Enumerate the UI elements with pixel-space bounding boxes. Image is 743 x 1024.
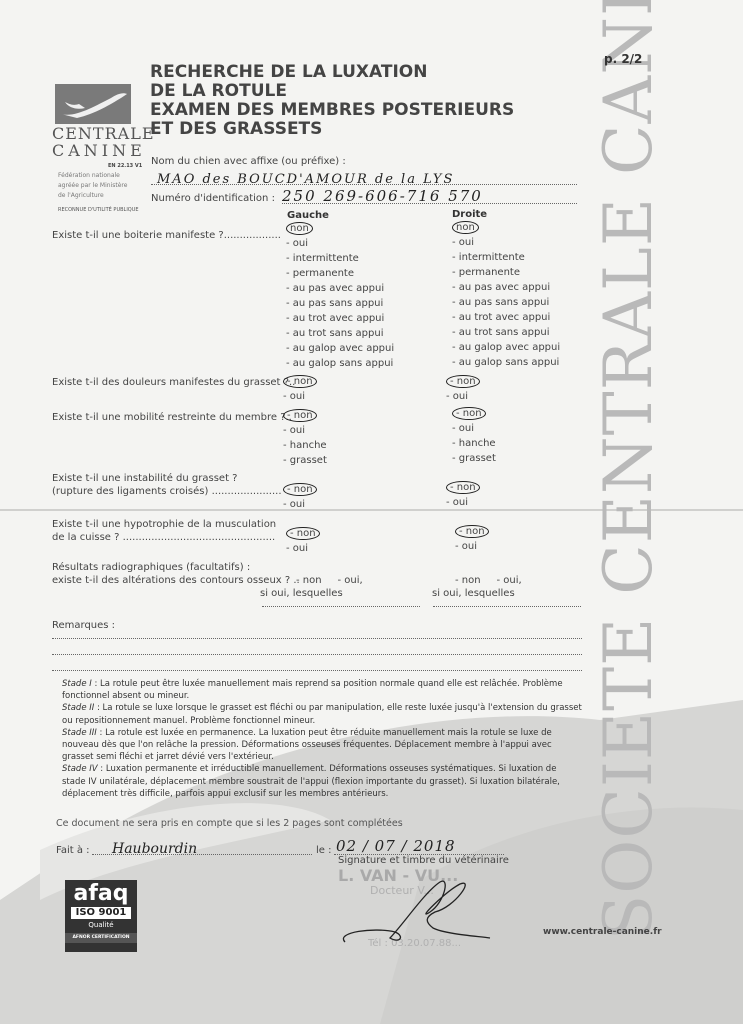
- option-galop-sans-appui[interactable]: - au galop sans appui: [452, 355, 560, 370]
- logo-code: EN 22.13 V1: [108, 163, 142, 169]
- option-trot-sans-appui[interactable]: - au trot sans appui: [452, 325, 560, 340]
- radio-right-options[interactable]: - non - oui,: [455, 574, 522, 587]
- id-value: 250 269-606-716 570: [282, 187, 483, 205]
- question-line: Existe t-il une hypotrophie de la muscul…: [52, 518, 276, 531]
- question-douleurs: Existe t-il des douleurs manifestes du g…: [52, 376, 295, 389]
- radio-left-field[interactable]: [262, 600, 420, 607]
- stade-4: Stade IV : Luxation permanente et irrédu…: [62, 763, 582, 800]
- dog-name-label: Nom du chien avec affixe (ou préfixe) :: [151, 156, 346, 167]
- stade-text: : Luxation permanente et irréductible ma…: [62, 764, 560, 798]
- afaq-iso-badge: afaq ISO 9001 Qualité AFNOR CERTIFICATIO…: [65, 880, 137, 952]
- stade-1: Stade I : La rotule peut être luxée manu…: [62, 678, 582, 702]
- option-non-selected[interactable]: - non: [283, 483, 317, 496]
- option-pas-avec-appui[interactable]: - au pas avec appui: [286, 281, 394, 296]
- option-oui[interactable]: - oui: [286, 541, 320, 556]
- logo-line1: CENTRALE: [52, 125, 144, 142]
- stade-title: Stade II: [62, 703, 94, 713]
- radio-left-options[interactable]: - non - oui,: [296, 574, 363, 587]
- option-trot-avec-appui[interactable]: - au trot avec appui: [286, 311, 394, 326]
- id-field[interactable]: 250 269-606-716 570: [282, 186, 577, 204]
- boiterie-right-options: non - oui - intermittente - permanente -…: [452, 220, 560, 370]
- option-non-selected[interactable]: - non: [286, 527, 320, 540]
- question-instabilite: Existe t-il une instabilité du grasset ?…: [52, 472, 282, 498]
- completion-notice: Ce document ne sera pris en compte que s…: [56, 818, 403, 829]
- stade-text: : La rotule se luxe lorsque le grasset e…: [62, 703, 582, 725]
- page-title: RECHERCHE DE LA LUXATION DE LA ROTULE EX…: [150, 63, 514, 139]
- page-number: p. 2/2: [604, 52, 642, 66]
- signature-icon: [335, 872, 495, 952]
- question-mobilite: Existe t-il une mobilité restreinte du m…: [52, 411, 292, 424]
- website-link[interactable]: www.centrale-canine.fr: [543, 927, 662, 937]
- stades-legend: Stade I : La rotule peut être luxée manu…: [62, 678, 582, 800]
- option-non-selected[interactable]: - non: [446, 375, 480, 388]
- option-intermittente[interactable]: - intermittente: [286, 251, 394, 266]
- afaq-brand: afaq: [65, 882, 137, 906]
- option-oui[interactable]: - oui: [283, 389, 317, 404]
- title-line: ET DES GRASSETS: [150, 120, 514, 139]
- option-pas-sans-appui[interactable]: - au pas sans appui: [452, 295, 560, 310]
- dog-logo-icon: [55, 84, 131, 124]
- question-line: (rupture des ligaments croisés) ........…: [52, 485, 282, 498]
- column-right-header: Droite: [452, 209, 487, 220]
- option-non-selected[interactable]: - non: [283, 409, 317, 422]
- title-line: EXAMEN DES MEMBRES POSTERIEURS: [150, 101, 514, 120]
- option-oui[interactable]: - oui: [446, 495, 480, 510]
- radio-right-which: si oui, lesquelles: [432, 587, 515, 600]
- option-non-selected[interactable]: - non: [446, 481, 480, 494]
- option-hanche[interactable]: - hanche: [452, 436, 496, 451]
- question-line: Existe t-il une instabilité du grasset ?: [52, 472, 282, 485]
- afaq-cert: AFNOR CERTIFICATION: [65, 933, 137, 943]
- instabilite-right-options: - non - oui: [446, 480, 480, 510]
- mobilite-right-options: - non - oui - hanche - grasset: [452, 406, 496, 466]
- remarks-line-2[interactable]: [52, 648, 582, 655]
- id-label: Numéro d'identification :: [151, 193, 275, 204]
- option-trot-sans-appui[interactable]: - au trot sans appui: [286, 326, 394, 341]
- hypotrophie-left-options: - non - oui: [286, 526, 320, 556]
- place-field[interactable]: Haubourdin: [92, 838, 312, 855]
- option-oui[interactable]: - oui: [283, 497, 317, 512]
- option-pas-avec-appui[interactable]: - au pas avec appui: [452, 280, 560, 295]
- option-galop-avec-appui[interactable]: - au galop avec appui: [286, 341, 394, 356]
- instabilite-left-options: - non - oui: [283, 482, 317, 512]
- question-hypotrophie: Existe t-il une hypotrophie de la muscul…: [52, 518, 276, 544]
- hypotrophie-right-options: - non - oui: [455, 524, 489, 554]
- logo-line2: CANINE: [52, 142, 144, 159]
- option-galop-avec-appui[interactable]: - au galop avec appui: [452, 340, 560, 355]
- radio-question: existe t-il des altérations des contours…: [52, 574, 300, 587]
- option-permanente[interactable]: - permanente: [286, 266, 394, 281]
- option-hanche[interactable]: - hanche: [283, 438, 327, 453]
- afaq-standard: ISO 9001: [71, 907, 131, 919]
- option-pas-sans-appui[interactable]: - au pas sans appui: [286, 296, 394, 311]
- column-left-header: Gauche: [287, 210, 329, 221]
- stade-title: Stade IV: [62, 764, 98, 774]
- logo-name: CENTRALE CANINE: [52, 125, 144, 159]
- place-value: Haubourdin: [92, 841, 197, 857]
- option-oui[interactable]: - oui: [446, 389, 480, 404]
- option-oui[interactable]: - oui: [452, 235, 560, 250]
- stade-title: Stade III: [62, 728, 97, 738]
- title-line: RECHERCHE DE LA LUXATION: [150, 63, 514, 82]
- date-field[interactable]: 02 / 07 / 2018: [334, 836, 504, 855]
- date-label: le :: [316, 844, 331, 857]
- option-non-selected[interactable]: non: [286, 222, 313, 235]
- dog-name-field[interactable]: MAO des BOUCD'AMOUR de la LYS: [151, 168, 577, 185]
- douleurs-right-options: - non - oui: [446, 374, 480, 404]
- mobilite-left-options: - non - oui - hanche - grasset: [283, 408, 327, 468]
- option-grasset[interactable]: - grasset: [452, 451, 496, 466]
- radio-section: Résultats radiographiques (facultatifs) …: [52, 561, 300, 587]
- option-non-selected[interactable]: - non: [455, 525, 489, 538]
- question-boiterie: Existe t-il une boiterie manifeste ?....…: [52, 229, 281, 242]
- option-oui[interactable]: - oui: [283, 423, 327, 438]
- question-line: de la cuisse ? .........................…: [52, 531, 276, 544]
- remarks-line-3[interactable]: [52, 664, 582, 671]
- option-non-selected[interactable]: non: [452, 221, 479, 234]
- douleurs-left-options: - non - oui: [283, 374, 317, 404]
- remarks-label: Remarques :: [52, 619, 115, 632]
- radio-right-field[interactable]: [433, 600, 581, 607]
- option-galop-sans-appui[interactable]: - au galop sans appui: [286, 356, 394, 371]
- option-grasset[interactable]: - grasset: [283, 453, 327, 468]
- option-non-selected[interactable]: - non: [452, 407, 486, 420]
- option-oui[interactable]: - oui: [452, 421, 496, 436]
- option-trot-avec-appui[interactable]: - au trot avec appui: [452, 310, 560, 325]
- stade-title: Stade I: [62, 679, 92, 689]
- radio-label: Résultats radiographiques (facultatifs) …: [52, 561, 300, 574]
- stade-text: : La rotule est luxée en permanence. La …: [62, 728, 552, 762]
- place-label: Fait à :: [56, 844, 90, 857]
- stade-text: : La rotule peut être luxée manuellement…: [62, 679, 563, 701]
- option-permanente[interactable]: - permanente: [452, 265, 560, 280]
- option-intermittente[interactable]: - intermittente: [452, 250, 560, 265]
- centrale-canine-logo: [55, 84, 131, 124]
- boiterie-left-options: non - oui - intermittente - permanente -…: [286, 221, 394, 371]
- option-oui[interactable]: - oui: [286, 236, 394, 251]
- remarks-line-1[interactable]: [52, 632, 582, 639]
- dog-name-value: MAO des BOUCD'AMOUR de la LYS: [151, 172, 454, 187]
- date-value: 02 / 07 / 2018: [334, 837, 456, 855]
- stade-3: Stade III : La rotule est luxée en perma…: [62, 727, 582, 764]
- afaq-quality: Qualité: [65, 920, 137, 930]
- option-non-selected[interactable]: - non: [283, 375, 317, 388]
- stade-2: Stade II : La rotule se luxe lorsque le …: [62, 702, 582, 726]
- radio-left-which: si oui, lesquelles: [260, 587, 343, 600]
- option-oui[interactable]: - oui: [455, 539, 489, 554]
- title-line: DE LA ROTULE: [150, 82, 514, 101]
- logo-recognition: RECONNUE D'UTILITÉ PUBLIQUE: [58, 207, 139, 213]
